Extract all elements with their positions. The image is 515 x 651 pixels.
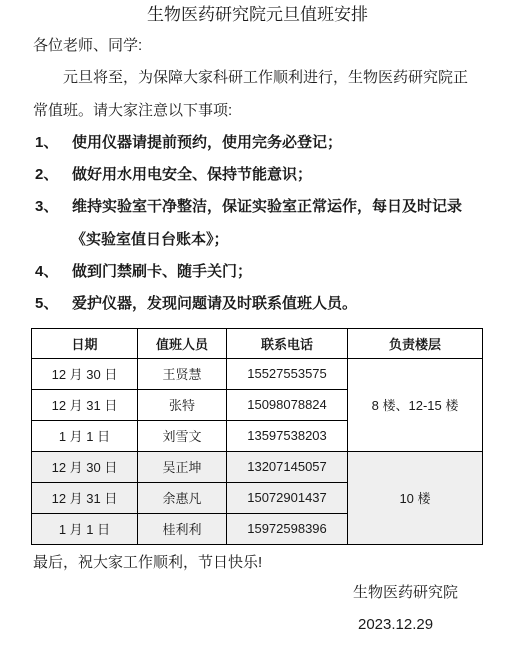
cell-date: 1 月 1 日 xyxy=(32,420,138,451)
cell-phone: 13597538203 xyxy=(227,420,348,451)
cell-date: 12 月 31 日 xyxy=(32,389,138,420)
closing-line: 最后，祝大家工作顺利，节日快乐! xyxy=(33,554,515,571)
cell-phone: 15527553575 xyxy=(227,358,348,389)
table-row: 12 月 30 日 王贤慧 15527553575 8 楼、12-15 楼 xyxy=(32,358,483,389)
cell-date: 1 月 1 日 xyxy=(32,513,138,544)
document-page: 生物医药研究院元旦值班安排 各位老师、同学: 元旦将至，为保障大家科研工作顺利进… xyxy=(0,0,515,651)
cell-person: 桂利利 xyxy=(138,513,227,544)
notice-item-4: 4、 做到门禁刷卡、随手关门； xyxy=(0,256,515,288)
signature-block: 生物医药研究院 2023.12.29 xyxy=(353,577,515,642)
notice-number: 3、 xyxy=(35,191,72,223)
document-title: 生物医药研究院元旦值班安排 xyxy=(0,0,515,25)
column-header-date: 日期 xyxy=(32,328,138,358)
cell-floor-merged: 10 楼 xyxy=(348,451,483,544)
notice-text: 维持实验室干净整洁，保证实验室正常运作，每日及时记录 xyxy=(72,191,462,223)
cell-person: 余惠凡 xyxy=(138,482,227,513)
column-header-person: 值班人员 xyxy=(138,328,227,358)
column-header-floor: 负责楼层 xyxy=(348,328,483,358)
cell-date: 12 月 30 日 xyxy=(32,451,138,482)
document-body: 各位老师、同学: 元旦将至，为保障大家科研工作顺利进行，生物医药研究院正 常值班… xyxy=(0,30,515,321)
notice-item-3-continuation: 《实验室值日台账本》； xyxy=(71,224,515,256)
notice-item-2: 2、 做好用水用电安全、保持节能意识； xyxy=(0,159,515,191)
signature-date: 2023.12.29 xyxy=(353,609,515,642)
cell-phone: 13207145057 xyxy=(227,451,348,482)
notice-item-3: 3、 维持实验室干净整洁，保证实验室正常运作，每日及时记录 xyxy=(0,191,515,223)
cell-floor-merged: 8 楼、12-15 楼 xyxy=(348,358,483,451)
salutation-line: 各位老师、同学: xyxy=(33,30,515,62)
cell-date: 12 月 30 日 xyxy=(32,358,138,389)
notice-number: 5、 xyxy=(35,288,72,320)
table-header-row: 日期 值班人员 联系电话 负责楼层 xyxy=(32,328,483,358)
notice-number: 4、 xyxy=(35,256,72,288)
notice-number: 2、 xyxy=(35,159,72,191)
notice-text: 使用仪器请提前预约，使用完务必登记； xyxy=(72,127,342,159)
notice-text: 做到门禁刷卡、随手关门； xyxy=(72,256,252,288)
cell-phone: 15072901437 xyxy=(227,482,348,513)
cell-person: 吴正坤 xyxy=(138,451,227,482)
notice-item-1: 1、 使用仪器请提前预约，使用完务必登记； xyxy=(0,127,515,159)
notice-number: 1、 xyxy=(35,127,72,159)
cell-person: 张特 xyxy=(138,389,227,420)
cell-phone: 15972598396 xyxy=(227,513,348,544)
cell-person: 王贤慧 xyxy=(138,358,227,389)
table-row: 12 月 30 日 吴正坤 13207145057 10 楼 xyxy=(32,451,483,482)
intro-line-1: 元旦将至，为保障大家科研工作顺利进行，生物医药研究院正 xyxy=(63,62,515,94)
notice-item-5: 5、 爱护仪器，发现问题请及时联系值班人员。 xyxy=(0,288,515,320)
duty-schedule-table: 日期 值班人员 联系电话 负责楼层 12 月 30 日 王贤慧 15527553… xyxy=(31,328,483,545)
notice-text: 爱护仪器，发现问题请及时联系值班人员。 xyxy=(72,288,357,320)
signature-org: 生物医药研究院 xyxy=(353,577,515,610)
cell-phone: 15098078824 xyxy=(227,389,348,420)
cell-date: 12 月 31 日 xyxy=(32,482,138,513)
column-header-phone: 联系电话 xyxy=(227,328,348,358)
notice-text: 做好用水用电安全、保持节能意识； xyxy=(72,159,312,191)
cell-person: 刘雪文 xyxy=(138,420,227,451)
intro-line-2: 常值班。请大家注意以下事项: xyxy=(33,95,515,127)
